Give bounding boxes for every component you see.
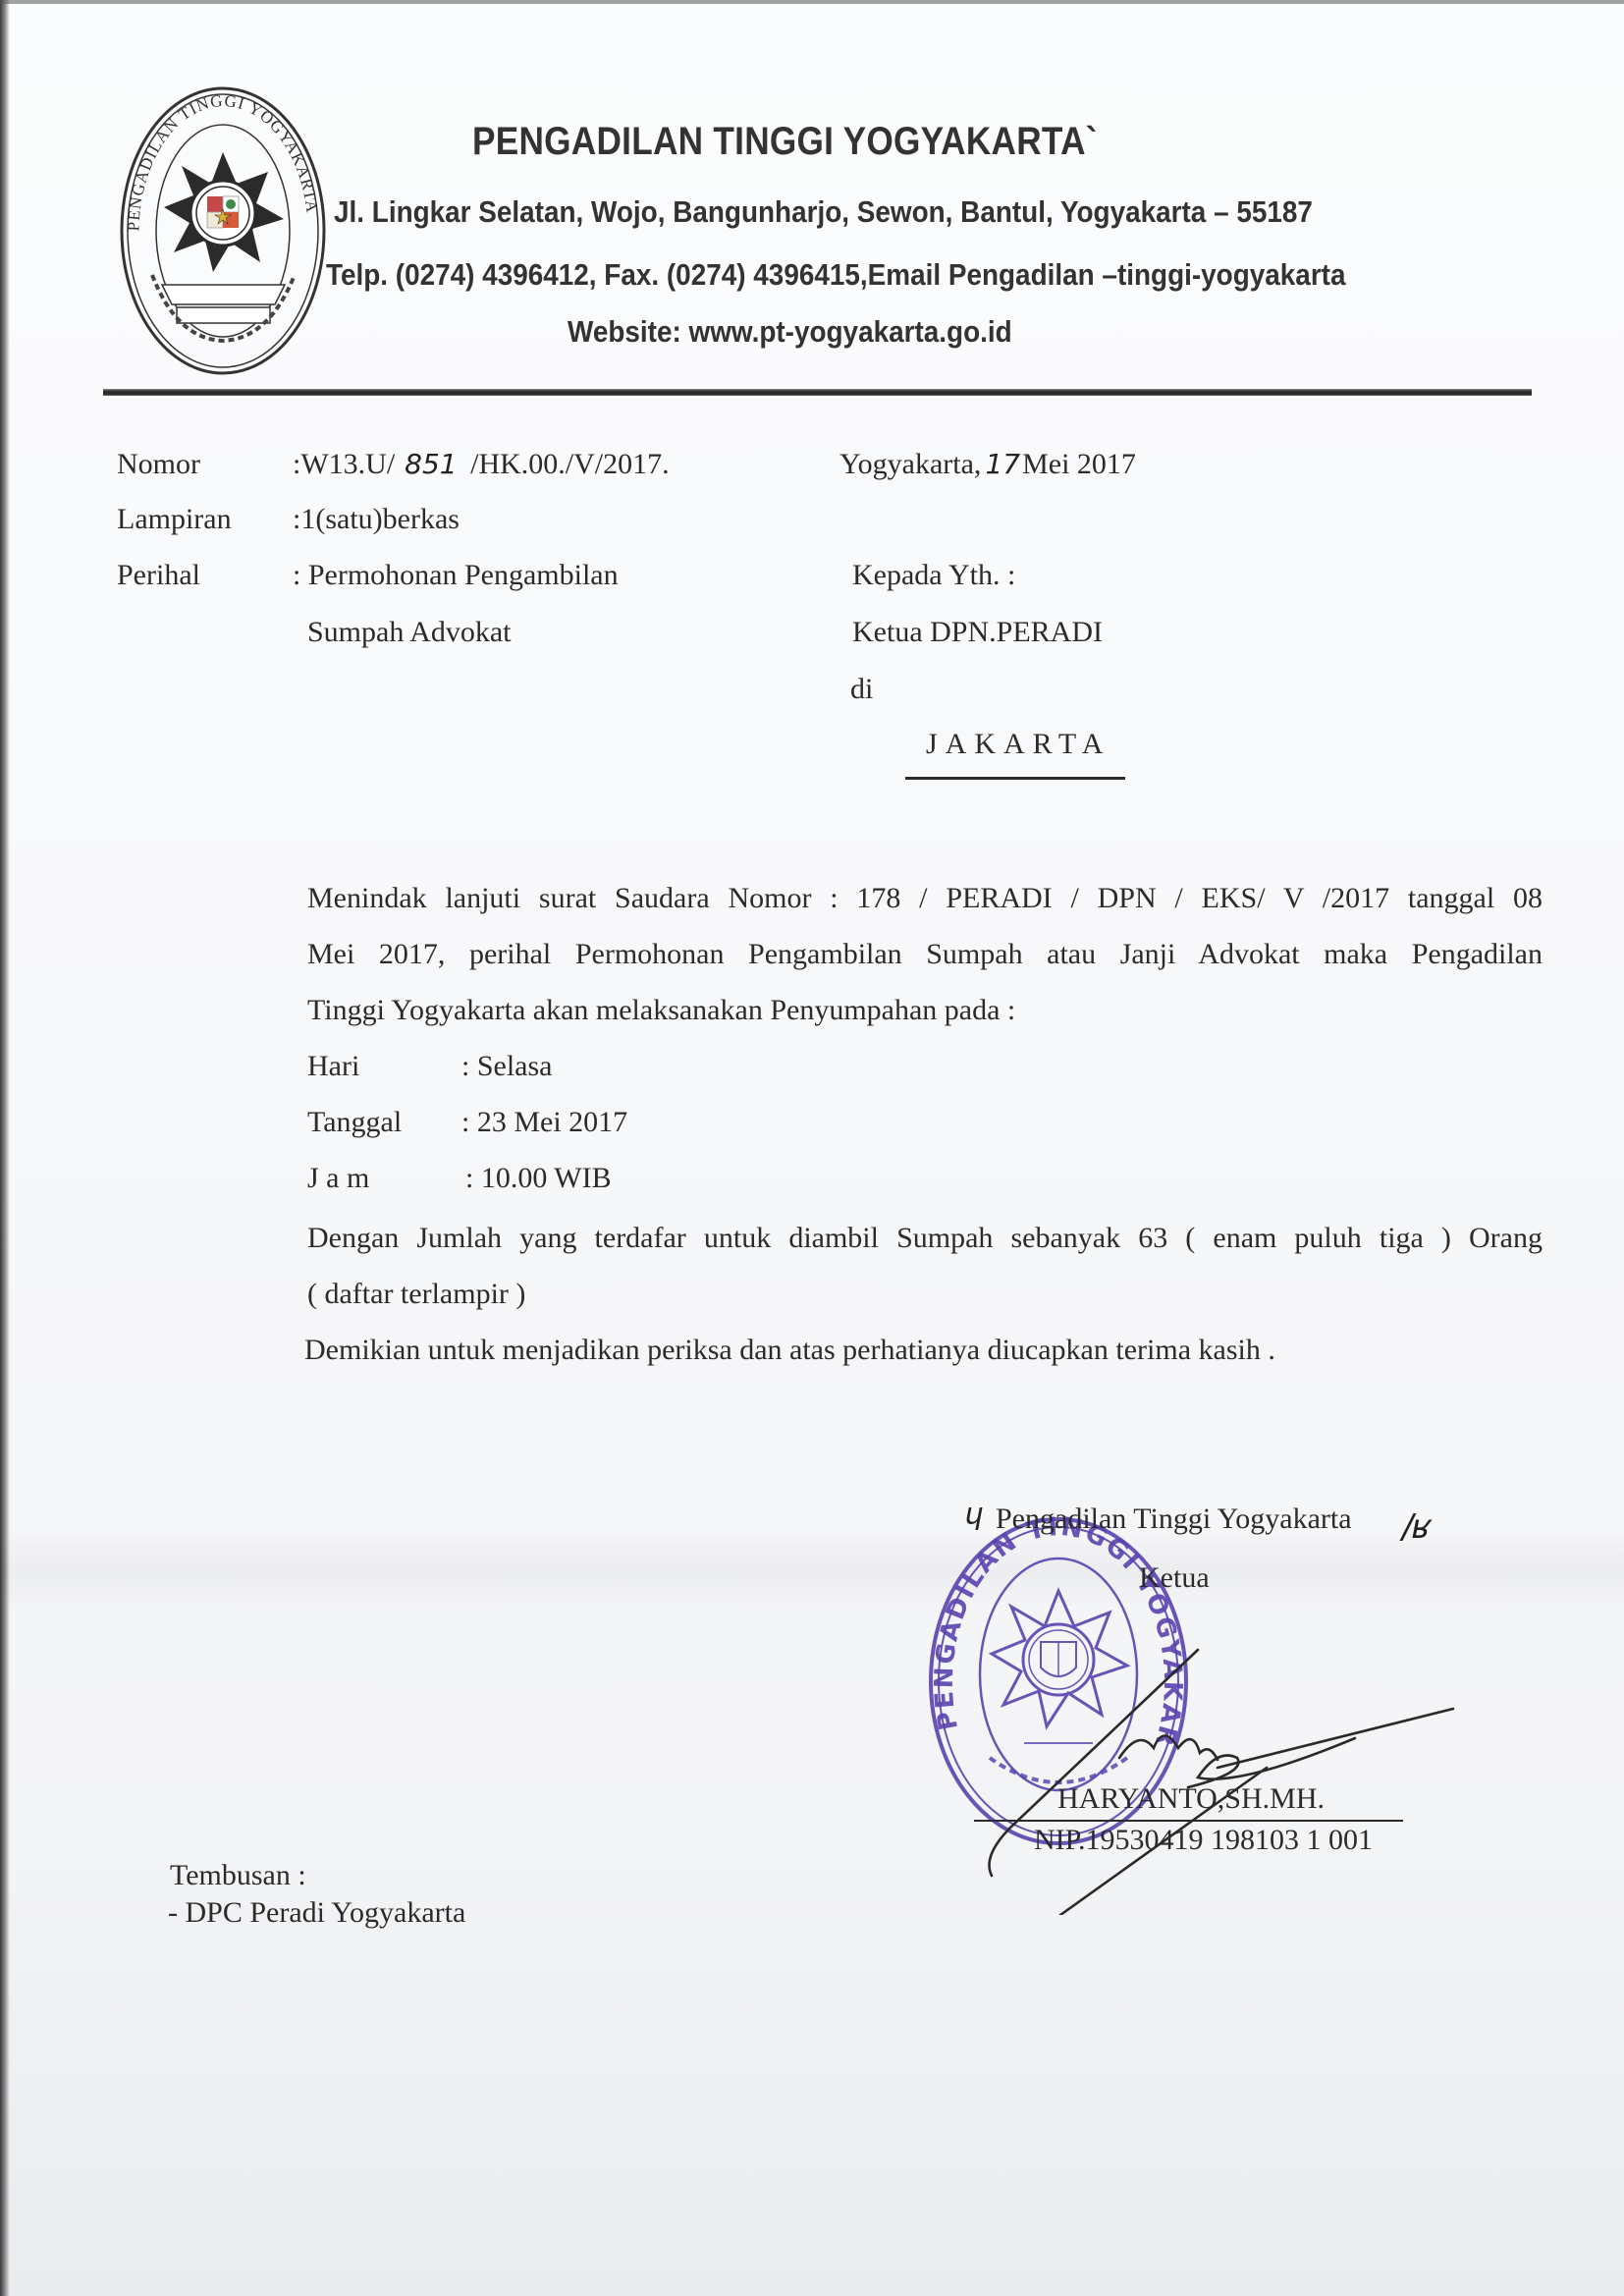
nomor-label: Nomor [117,448,200,481]
schedule-date-label: Tanggal [307,1106,402,1139]
schedule-time-label: J a m [307,1162,369,1195]
body-paragraph1-line: Menindak lanjuti surat Saudara Nomor : 1… [307,882,1543,915]
body-paragraph1-line: Mei 2017, perihal Permohonan Pengambilan… [307,938,1543,971]
closing-sentence: Demikian untuk menjadikan periksa dan at… [304,1334,1275,1367]
signature-underline [974,1820,1403,1822]
schedule-time-value: : 10.00 WIB [465,1162,612,1195]
institution-title: PENGADILAN TINGGI YOGYAKARTA` [472,120,1098,164]
nomor-suffix: /HK.00./V/2017. [463,448,670,480]
nomor-value: :W13.U/851 /HK.00./V/2017. [293,448,670,481]
date-handwritten-day: 17 [985,448,1020,480]
court-emblem-icon: PENGADILAN TINGGI YOGYAKARTA [118,83,329,378]
signatory-nip: NIP.19530419 198103 1 001 [1034,1824,1373,1857]
institution-contact: Telp. (0274) 4396412, Fax. (0274) 439641… [326,257,1345,293]
body-paragraph2-line: Dengan Jumlah yang terdafar untuk diambi… [307,1222,1543,1255]
schedule-day-value: : Selasa [461,1050,552,1083]
date-place: Yogyakarta, [839,448,981,480]
nomor-prefix: :W13.U/ [293,448,395,480]
recipient-city: JAKARTA [926,728,1110,761]
body-paragraph1-line: Tinggi Yogyakarta akan melaksanakan Peny… [307,994,1015,1027]
date-rest: Mei 2017 [1022,448,1136,480]
letter-date: Yogyakarta,17Mei 2017 [839,448,1136,481]
institution-website: Website: www.pt-yogyakarta.go.id [568,314,1012,350]
nomor-handwritten: 851 [405,448,457,480]
signatory-name: HARYANTO,SH.MH. [1057,1782,1325,1816]
tembusan-label: Tembusan : [170,1859,306,1892]
perihal-value-line1: : Permohonan Pengambilan [293,559,619,592]
institution-address: Jl. Lingkar Selatan, Wojo, Bangunharjo, … [334,194,1313,230]
lampiran-label: Lampiran [117,503,232,536]
body-paragraph2-line: ( daftar terlampir ) [307,1278,525,1311]
lampiran-value: :1(satu)berkas [293,503,460,536]
scan-edge-shadow [0,0,10,2296]
schedule-day-label: Hari [307,1050,359,1083]
recipient-salutation: Kepada Yth. : [852,559,1015,592]
schedule-date-value: : 23 Mei 2017 [461,1106,627,1139]
scan-top-edge [0,0,1624,4]
recipient-name: Ketua DPN.PERADI [852,616,1103,649]
recipient-city-underline [905,777,1125,780]
perihal-value-line2: Sumpah Advokat [307,616,512,649]
letterhead-divider [103,389,1532,396]
perihal-label: Perihal [117,559,200,592]
recipient-di: di [850,673,873,706]
tembusan-item: - DPC Peradi Yogyakarta [168,1896,465,1930]
